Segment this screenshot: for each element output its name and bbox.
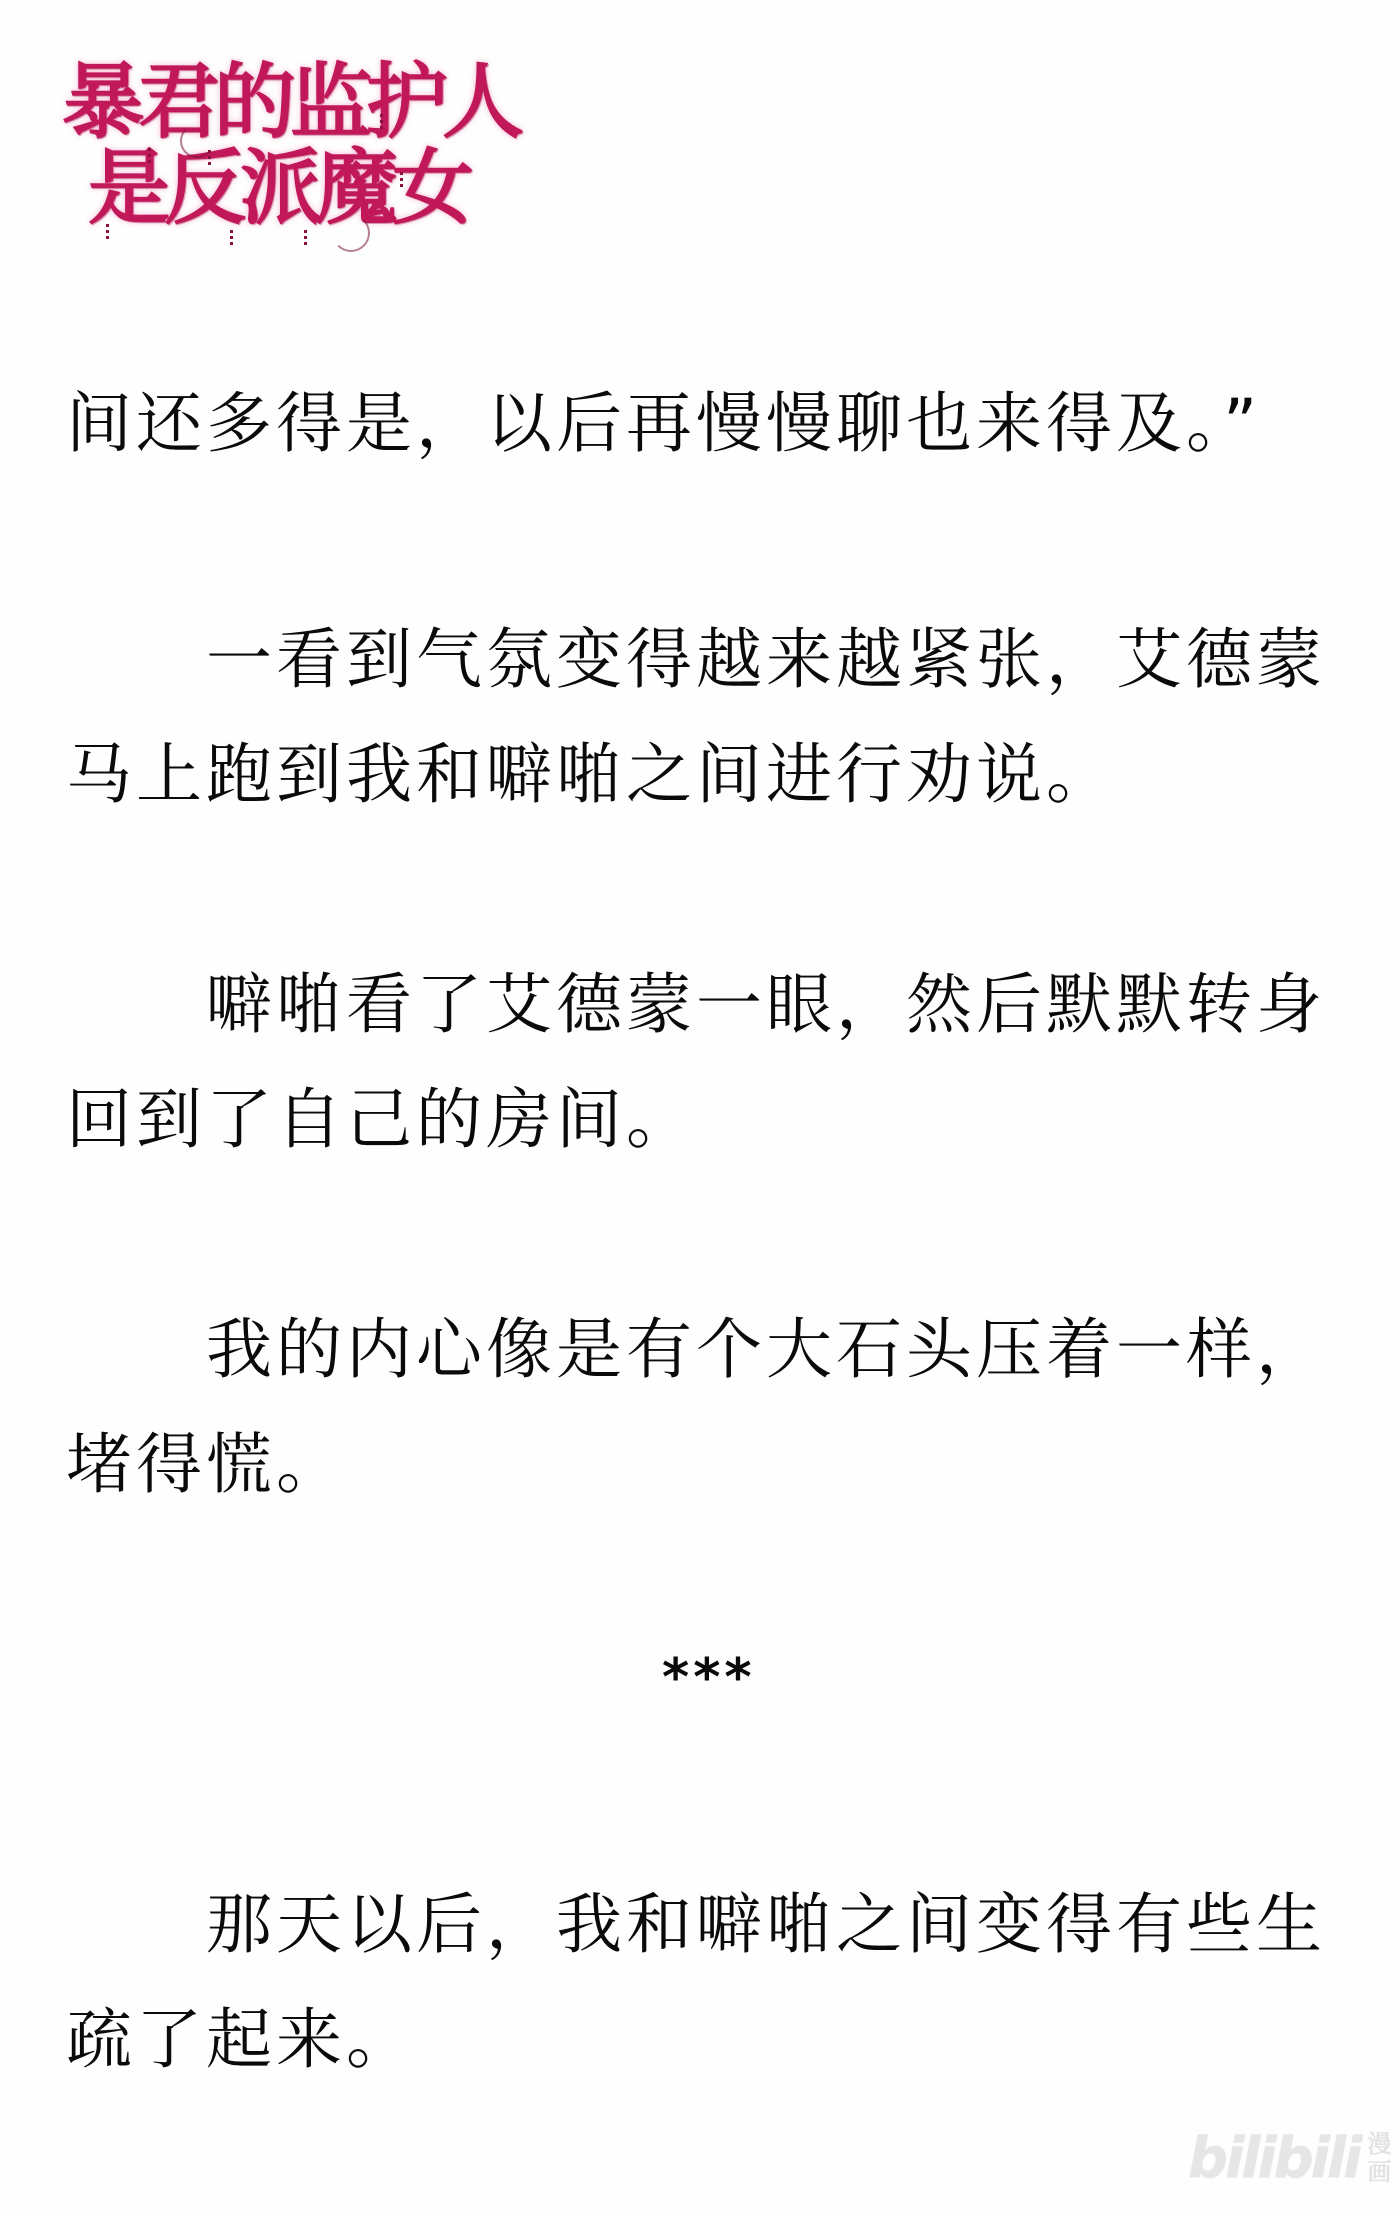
logo-flourish-icon bbox=[332, 214, 370, 252]
paragraph-4-line-2: 堵得慌。 bbox=[66, 1425, 346, 1505]
scene-separator: *** bbox=[662, 1648, 756, 1708]
paragraph-4-line-1: 我的内心像是有个大石头压着一样， bbox=[206, 1310, 1326, 1390]
logo-title-line-1: 暴君的监护人 bbox=[62, 52, 518, 152]
logo-ornament-icon bbox=[106, 224, 109, 242]
watermark-sub: 漫 画 bbox=[1367, 2130, 1391, 2186]
paragraph-5-line-2: 疏了起来。 bbox=[66, 2000, 416, 2080]
paragraph-1-line-1: 间还多得是，以后再慢慢聊也来得及。” bbox=[66, 384, 1261, 464]
bilibili-comics-watermark: bilibili 漫 画 bbox=[1188, 2118, 1388, 2198]
logo-ornament-icon bbox=[148, 148, 151, 166]
paragraph-5-line-1: 那天以后，我和噼啪之间变得有些生 bbox=[206, 1885, 1326, 1965]
watermark-sub-top: 漫 bbox=[1367, 2130, 1391, 2158]
paragraph-3-line-1: 噼啪看了艾德蒙一眼，然后默默转身 bbox=[206, 965, 1326, 1045]
comic-title-logo: 暴君的监护人 是反派魔女 bbox=[62, 52, 502, 252]
paragraph-3-line-2: 回到了自己的房间。 bbox=[66, 1080, 696, 1160]
paragraph-2-line-2: 马上跑到我和噼啪之间进行劝说。 bbox=[66, 735, 1116, 815]
watermark-sub-bottom: 画 bbox=[1367, 2158, 1391, 2186]
logo-ornament-icon bbox=[208, 150, 211, 168]
logo-ornament-icon bbox=[304, 230, 307, 248]
logo-ornament-icon bbox=[380, 114, 383, 132]
logo-ornament-icon bbox=[400, 172, 403, 190]
logo-ornament-icon bbox=[230, 230, 233, 248]
logo-title-line-2: 是反派魔女 bbox=[88, 138, 468, 238]
watermark-brand: bilibili bbox=[1188, 2126, 1359, 2191]
paragraph-2-line-1: 一看到气氛变得越来越紧张，艾德蒙 bbox=[206, 620, 1326, 700]
